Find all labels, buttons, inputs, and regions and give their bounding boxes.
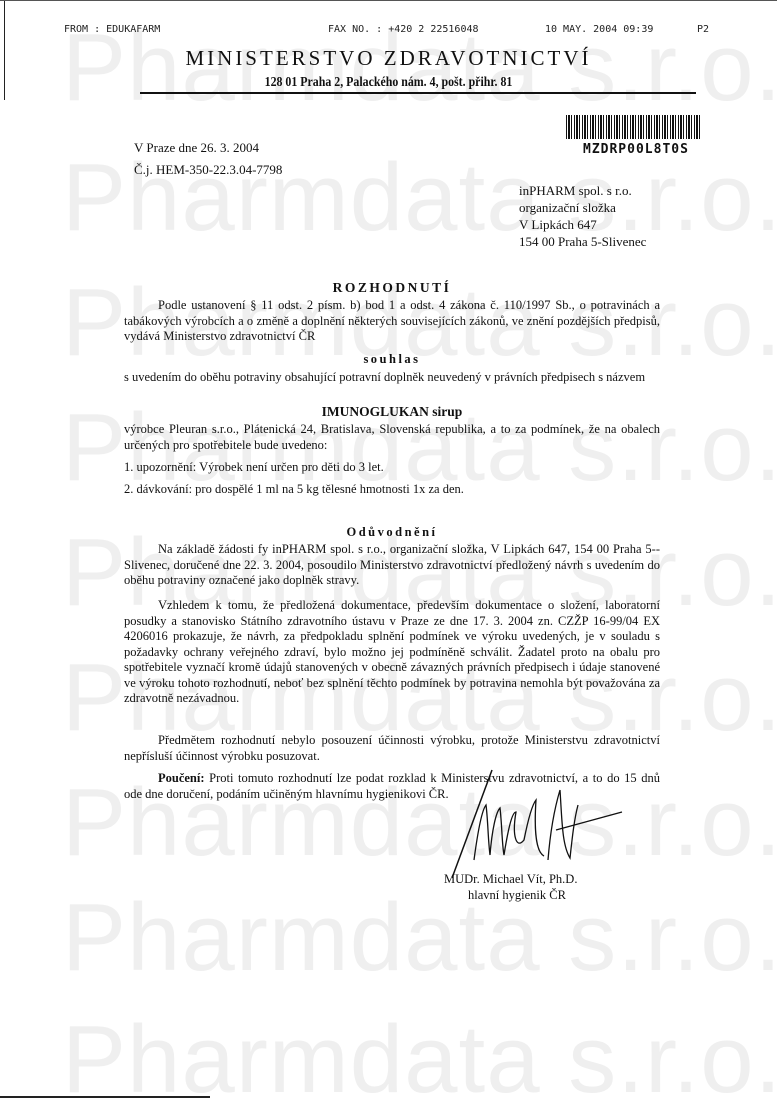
- scan-edge: [0, 1096, 210, 1098]
- recipient-line: V Lipkách 647: [519, 216, 597, 234]
- justification-paragraph: Na základě žádosti fy inPHARM spol. s r.…: [124, 542, 660, 589]
- signatory-name: MUDr. Michael Vít, Ph.D.: [444, 872, 577, 887]
- ministry-name: MINISTERSTVO ZDRAVOTNICTVÍ: [0, 46, 777, 71]
- fax-datetime: 10 MAY. 2004 09:39: [545, 24, 653, 35]
- signature-scribble: [452, 760, 632, 880]
- document-page: FROM : EDUKAFARM FAX NO. : +420 2 225160…: [0, 0, 777, 1100]
- decision-intro: Podle ustanovení § 11 odst. 2 písm. b) b…: [124, 298, 660, 345]
- justification-text: Vzhledem k tomu, že předložená dokumenta…: [124, 598, 660, 707]
- consent-heading: souhlas: [124, 352, 660, 368]
- ministry-address: 128 01 Praha 2, Palackého nám. 4, pošt. …: [47, 74, 731, 90]
- decision-heading: ROZHODNUTÍ: [124, 280, 660, 296]
- justification-text: Na základě žádosti fy inPHARM spol. s r.…: [124, 542, 660, 589]
- fax-number: FAX NO. : +420 2 22516048: [328, 24, 479, 35]
- product-name: IMUNOGLUKAN sirup: [124, 404, 660, 420]
- condition-item: 2. dávkování: pro dospělé 1 ml na 5 kg t…: [124, 482, 660, 498]
- signatory-title: hlavní hygienik ČR: [468, 888, 566, 903]
- justification-paragraph: Vzhledem k tomu, že předložená dokumenta…: [124, 598, 660, 707]
- recipient-line: inPHARM spol. s r.o.: [519, 182, 632, 200]
- place-date: V Praze dne 26. 3. 2004: [134, 140, 259, 156]
- condition-item: 1. upozornění: Výrobek není určen pro dě…: [124, 460, 660, 476]
- manufacturer-text: výrobce Pleuran s.r.o., Plátenická 24, B…: [124, 422, 660, 453]
- scan-edge: [0, 0, 777, 1]
- recipient-line: organizační složka: [519, 199, 616, 217]
- letterhead-rule: [140, 92, 696, 94]
- fax-from: FROM : EDUKAFARM: [64, 24, 160, 35]
- fax-page: P2: [697, 24, 709, 35]
- reference-number: Č.j. HEM-350-22.3.04-7798: [134, 162, 282, 178]
- barcode-image: [566, 115, 700, 139]
- justification-heading: Odůvodnění: [124, 525, 660, 541]
- decision-section: Podle ustanovení § 11 odst. 2 písm. b) b…: [124, 298, 660, 345]
- barcode-code: MZDRP00L8T0S: [583, 142, 689, 157]
- recipient-line: 154 00 Praha 5-Slivenec: [519, 233, 646, 251]
- consent-text: s uvedením do oběhu potraviny obsahující…: [124, 370, 660, 386]
- instruction-label: Poučení:: [158, 771, 205, 785]
